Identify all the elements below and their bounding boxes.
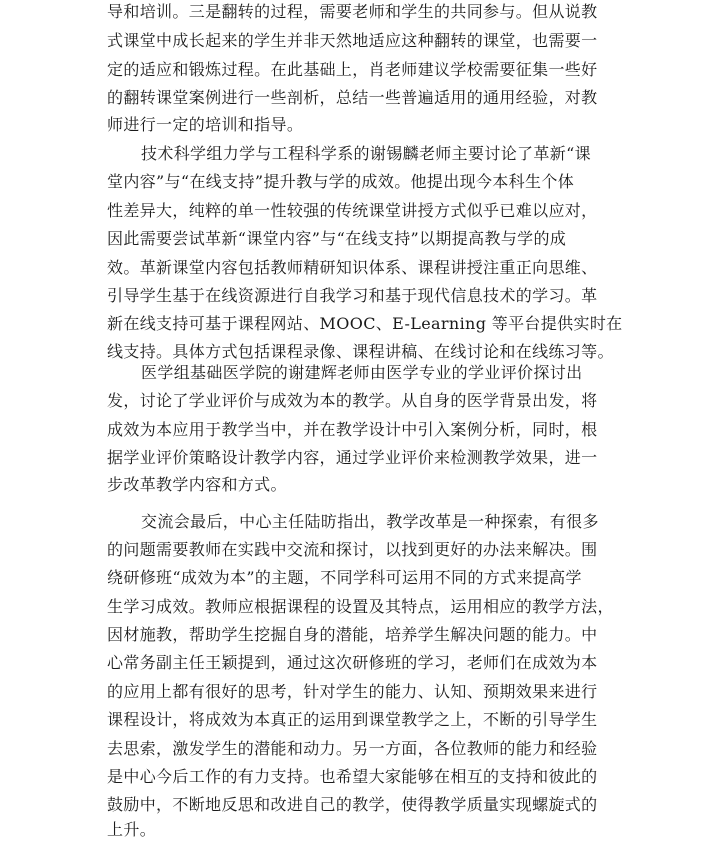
text-line: 鼓励中，不断地反思和改进自己的教学，使得教学质量实现螺旋式的 (107, 793, 607, 817)
text-line: 性差异大，纯粹的单一性较强的传统课堂讲授方式似乎已难以应对， (107, 199, 607, 223)
text-line: 据学业评价策略设计教学内容，通过学业评价来检测教学效果，进一 (107, 446, 607, 470)
text-line: 因材施教，帮助学生挖掘自身的潜能，培养学生解决问题的能力。中 (107, 623, 607, 647)
text-line: 心常务副主任王颖提到，通过这次研修班的学习，老师们在成效为本 (107, 651, 607, 675)
text-line: 定的适应和锻炼过程。在此基础上，肖老师建议学校需要征集一些好 (107, 58, 607, 82)
text-line: 课程设计，将成效为本真正的运用到课堂教学之上，不断的引导学生 (107, 708, 607, 732)
text-line: 堂内容”与“在线支持”提升教与学的成效。他提出现今本科生个体 (107, 170, 607, 194)
text-line: 师进行一定的培训和指导。 (107, 113, 607, 137)
text-line: 的问题需要教师在实践中交流和探讨，以找到更好的办法来解决。围 (107, 538, 607, 562)
text-line: 的应用上都有很好的思考，针对学生的能力、认知、预期效果来进行 (107, 680, 607, 704)
text-line: 效。革新课堂内容包括教师精研知识体系、课程讲授注重正向思维、 (107, 256, 607, 280)
text-line: 导和培训。三是翻转的过程，需要老师和学生的共同参与。但从说教 (107, 0, 607, 24)
text-line: 步改革教学内容和方式。 (107, 473, 607, 497)
text-line: 引导学生基于在线资源进行自我学习和基于现代信息技术的学习。革 (107, 284, 607, 308)
text-line: 技术科学组力学与工程科学系的谢锡麟老师主要讨论了革新“课 (141, 142, 641, 166)
text-line: 式课堂中成长起来的学生并非天然地适应这种翻转的课堂，也需要一 (107, 29, 607, 53)
text-line: 发，讨论了学业评价与成效为本的教学。从自身的医学背景出发，将 (107, 389, 607, 413)
text-line: 医学组基础医学院的谢建辉老师由医学专业的学业评价探讨出 (141, 361, 641, 385)
text-line: 绕研修班“成效为本”的主题，不同学科可运用不同的方式来提高学 (107, 566, 607, 590)
text-line: 去思索，激发学生的潜能和动力。另一方面，各位教师的能力和经验 (107, 737, 607, 761)
text-line: 生学习成效。教师应根据课程的设置及其特点，运用相应的教学方法， (107, 595, 607, 619)
text-line: 新在线支持可基于课程网站、MOOC、E-Learning 等平台提供实时在 (107, 312, 607, 336)
text-line: 交流会最后，中心主任陆昉指出，教学改革是一种探索，有很多 (141, 510, 641, 534)
text-line: 成效为本应用于教学当中，并在教学设计中引入案例分析，同时，根 (107, 418, 607, 442)
text-line: 是中心今后工作的有力支持。也希望大家能够在相互的支持和彼此的 (107, 765, 607, 789)
text-line: 的翻转课堂案例进行一些剖析，总结一些普遍适用的通用经验，对教 (107, 86, 607, 110)
document-page: 导和培训。三是翻转的过程，需要老师和学生的共同参与。但从说教 式课堂中成长起来的… (0, 0, 711, 842)
text-line: 因此需要尝试革新“课堂内容”与“在线支持”以期提高教与学的成 (107, 227, 607, 251)
text-line: 上升。 (107, 818, 607, 842)
